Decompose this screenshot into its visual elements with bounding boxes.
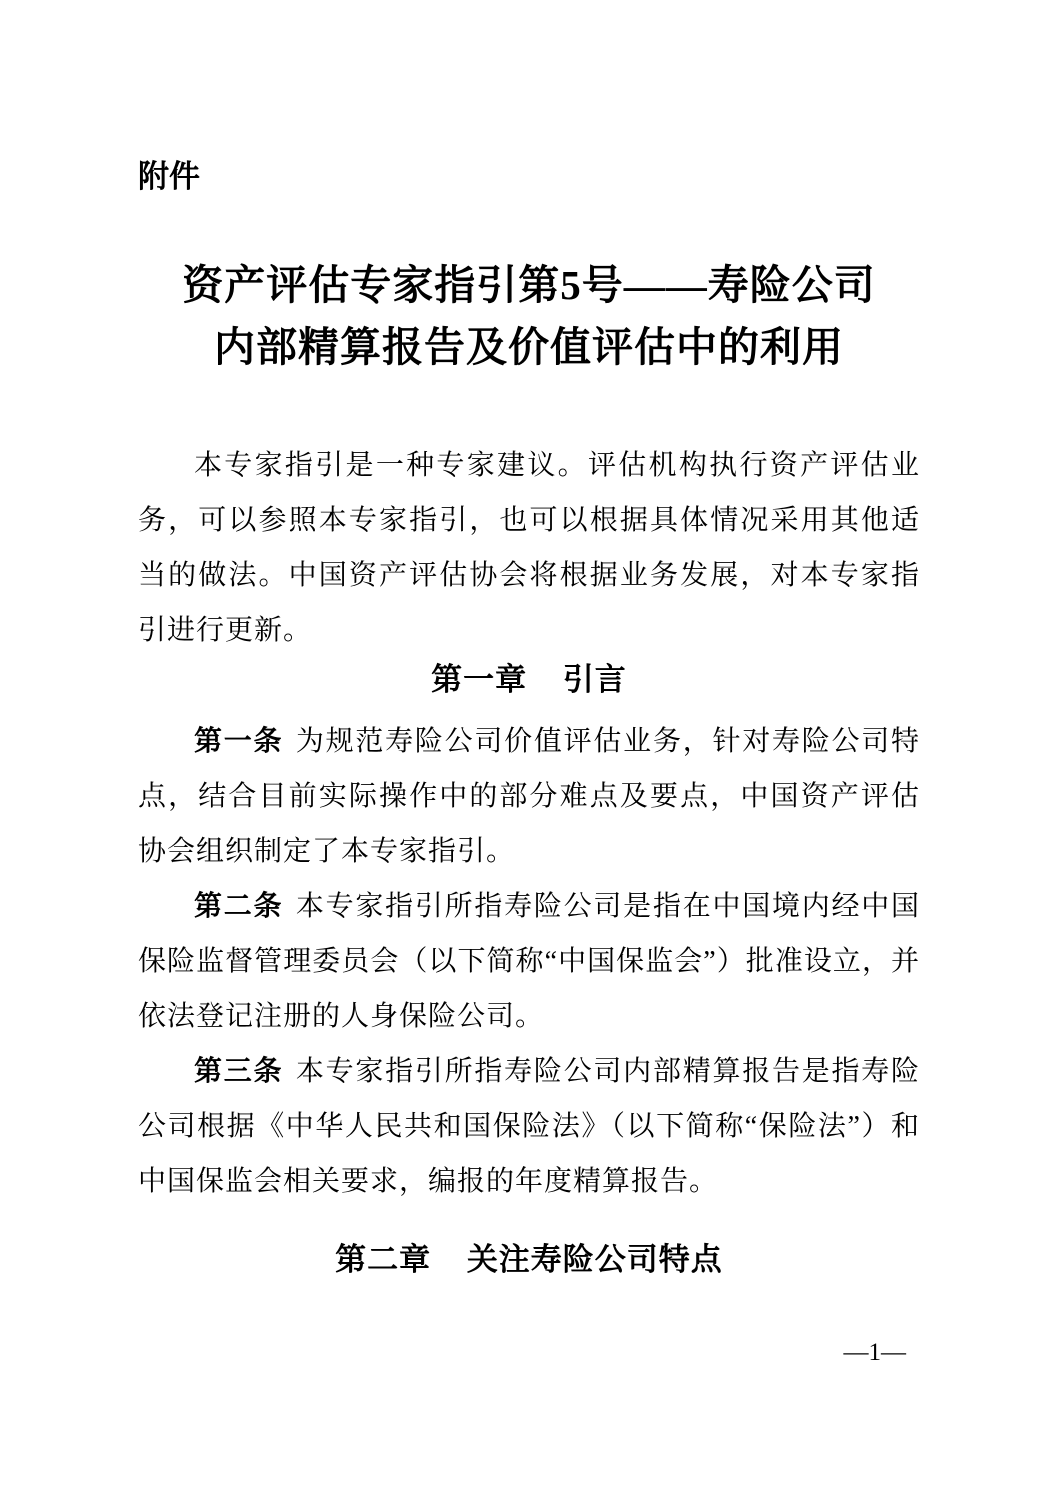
article-paragraph-2: 第二条本专家指引所指寿险公司是指在中国境内经中国保险监督管理委员会（以下简称“中… — [138, 879, 920, 1044]
chapter-2-heading: 第二章关注寿险公司特点 — [0, 1240, 1058, 1280]
document-title-line-1: 资产评估专家指引第5号——寿险公司 — [0, 254, 1058, 316]
article-paragraph-3: 第三条本专家指引所指寿险公司内部精算报告是指寿险公司根据《中华人民共和国保险法》… — [138, 1044, 920, 1209]
chapter-1-number: 第一章 — [431, 662, 527, 697]
document-title-line-2: 内部精算报告及价值评估中的利用 — [0, 316, 1058, 378]
document-page: 附件 资产评估专家指引第5号——寿险公司 内部精算报告及价值评估中的利用 本专家… — [0, 0, 1058, 1497]
attachment-label: 附件 — [138, 158, 200, 195]
article-2-label: 第二条 — [194, 891, 283, 922]
page-number: —1— — [844, 1338, 907, 1368]
chapter-2-number: 第二章 — [335, 1242, 431, 1277]
article-paragraph-1: 第一条为规范寿险公司价值评估业务，针对寿险公司特点，结合目前实际操作中的部分难点… — [138, 714, 920, 879]
intro-paragraph: 本专家指引是一种专家建议。评估机构执行资产评估业务，可以参照本专家指引，也可以根… — [138, 438, 920, 658]
article-3-label: 第三条 — [194, 1056, 283, 1087]
articles-section: 第一条为规范寿险公司价值评估业务，针对寿险公司特点，结合目前实际操作中的部分难点… — [138, 714, 920, 1209]
chapter-2-title: 关注寿险公司特点 — [467, 1242, 723, 1277]
chapter-1-title: 引言 — [563, 662, 627, 697]
article-1-label: 第一条 — [194, 726, 283, 757]
chapter-1-heading: 第一章引言 — [0, 660, 1058, 700]
document-title: 资产评估专家指引第5号——寿险公司 内部精算报告及价值评估中的利用 — [0, 254, 1058, 378]
